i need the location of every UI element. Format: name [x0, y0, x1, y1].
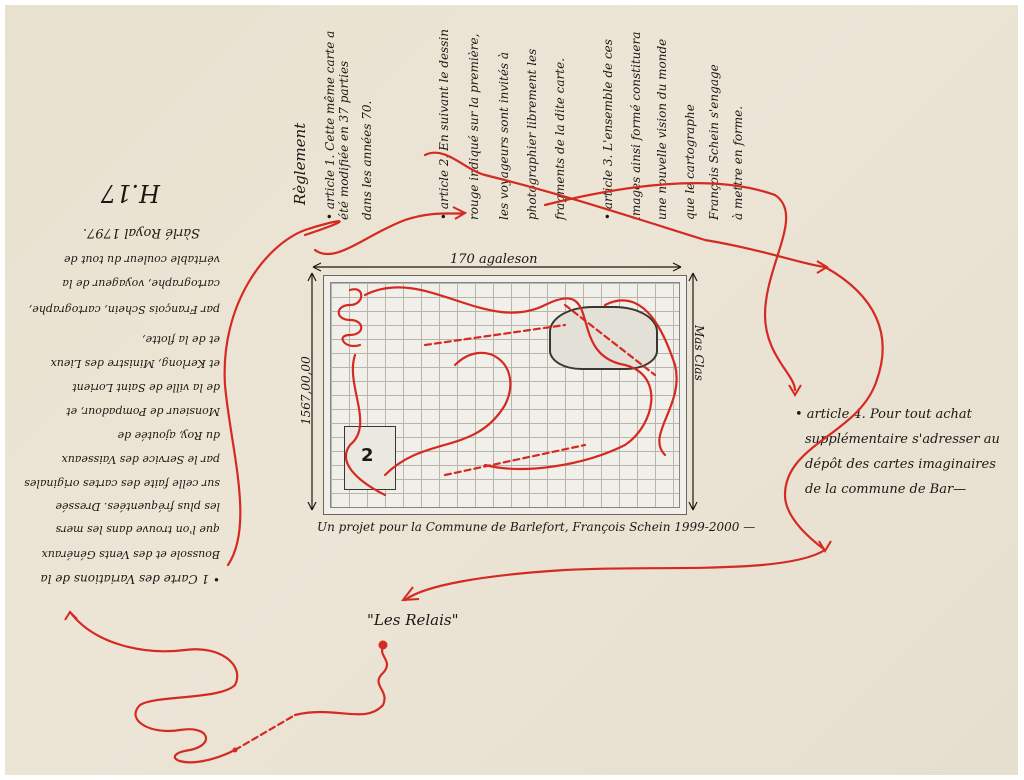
route-start-dot: [379, 641, 388, 650]
red-route-lines: [5, 5, 1018, 775]
artwork-board: 2 170 agaleson 1567,00,00 Mas Clas Un pr…: [5, 5, 1018, 775]
route-end-dot: [233, 748, 238, 753]
